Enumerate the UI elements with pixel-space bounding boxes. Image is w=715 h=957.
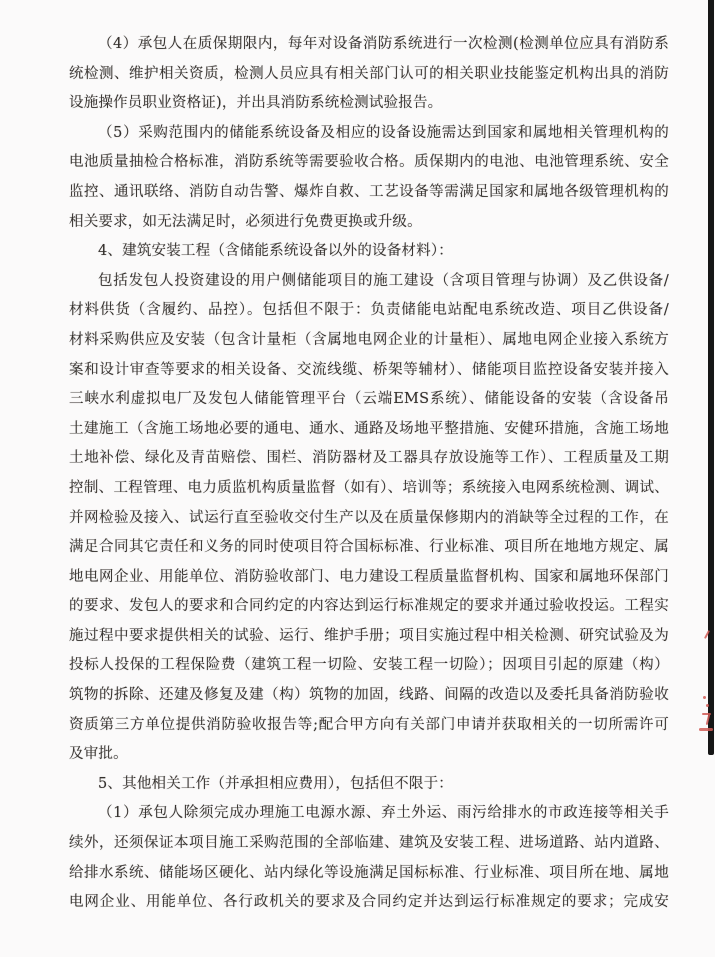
red-pen-dot-mark (706, 704, 709, 707)
text-line: 投标人投保的工程保险费（建筑工程一切险、安装工程一切险）；因项目引起的原建（构） (69, 651, 669, 681)
text-line: 并网检验及接入、试运行直至验收交付生产以及在质量保修期内的消缺等全过程的工作，在 (69, 504, 669, 534)
text-line: 的要求、发包人的要求和合同约定的内容达到运行标准规定的要求并通过验收投运。工程实 (69, 592, 669, 622)
text-line: 材料采购供应及安装（包含计量柜（含属地电网企业的计量柜）、属地电网企业接入系统方 (69, 326, 669, 356)
text-line: 相关要求，如无法满足时，必须进行免费更换或升级。 (69, 208, 669, 238)
text-line: 监控、通讯联络、消防自动告警、爆炸自救、工艺设备等需满足国家和属地各级管理机构的 (69, 178, 669, 208)
text-line: 资质第三方单位提供消防验收报告等;配合甲方向有关部门申请并获取相关的一切所需许可 (69, 711, 669, 741)
text-line: （5）采购范围内的储能系统设备及相应的设备设施需达到国家和属地相关管理机构的 (69, 119, 669, 149)
text-line: 4、建筑安装工程（含储能系统设备以外的设备材料）： (69, 237, 669, 267)
text-line: 给排水系统、储能场区硬化、站内绿化等设施满足国标标准、行业标准、项目所在地、属地 (69, 859, 669, 889)
text-line: 案和设计审查等要求的相关设备、交流线缆、桥架等辅材）、储能项目监控设备安装并接入 (69, 356, 669, 386)
scan-edge-artifact (708, 0, 714, 755)
text-line: 包括发包人投资建设的用户侧储能项目的施工建设（含项目管理与协调）及乙供设备/ (69, 267, 669, 297)
text-line: 续外，还须保证本项目施工采购范围的全部临建、建筑及安装工程、进场道路、站内道路、 (69, 829, 669, 859)
text-line: 控制、工程管理、电力质监机构质量监督（如有）、培训等；系统接入电网系统检测、调试… (69, 474, 669, 504)
text-line: （4）承包人在质保期限内，每年对设备消防系统进行一次检测(检测单位应具有消防系 (69, 30, 669, 60)
text-line: 统检测、维护相关资质，检测人员应具有相关部门认可的相关职业技能鉴定机构出具的消防 (69, 60, 669, 90)
text-line: 电网企业、用能单位、各行政机关的要求及合同约定并达到运行标准规定的要求；完成安全… (69, 888, 669, 918)
text-line: 施过程中要求提供相关的试验、运行、维护手册；项目实施过程中相关检测、研究试验及为 (69, 622, 669, 652)
document-text-block: （4）承包人在质保期限内，每年对设备消防系统进行一次检测(检测单位应具有消防系统… (69, 30, 669, 918)
text-line: 材料供货（含履约、品控）。包括但不限于：负责储能电站配电系统改造、项目乙供设备/ (69, 296, 669, 326)
scanned-contract-page: （4）承包人在质保期限内，每年对设备消防系统进行一次检测(检测单位应具有消防系统… (0, 0, 715, 957)
text-line: 及审批。 (69, 740, 669, 770)
text-line: 设施操作员职业资格证)，并出具消防系统检测试验报告。 (69, 89, 669, 119)
text-line: （1）承包人除须完成办理施工电源水源、弃土外运、雨污给排水的市政连接等相关手 (69, 799, 669, 829)
text-line: 土地补偿、绿化及青苗赔偿、围栏、消防器材及工器具存放设施等工作）、工程质量及工期 (69, 444, 669, 474)
text-line: 土建施工（含施工场地必要的通电、通水、通路及场地平整措施、安健环措施，含施工场地 (69, 415, 669, 445)
text-line: 地电网企业、用能单位、消防验收部门、电力建设工程质量监督机构、国家和属地环保部门 (69, 563, 669, 593)
red-pen-stroke-mark (702, 713, 711, 715)
red-pen-dash-mark (699, 728, 713, 731)
text-line: 5、其他相关工作（并承担相应费用），包括但不限于： (69, 770, 669, 800)
text-line: 三峡水利虚拟电厂及发包人储能管理平台（云端EMS系统）、储能设备的安装（含设备吊… (69, 385, 669, 415)
text-line: 筑物的拆除、还建及修复及建（构）筑物的加固，线路、间隔的改造以及委托具备消防验收 (69, 681, 669, 711)
text-line: 电池质量抽检合格标准，消防系统等需要验收合格。质保期内的电池、电池管理系统、安全 (69, 148, 669, 178)
red-pen-dot-mark (703, 696, 706, 699)
text-line: 满足合同其它责任和义务的同时使项目符合国标标准、行业标准、项目所在地地方规定、属 (69, 533, 669, 563)
